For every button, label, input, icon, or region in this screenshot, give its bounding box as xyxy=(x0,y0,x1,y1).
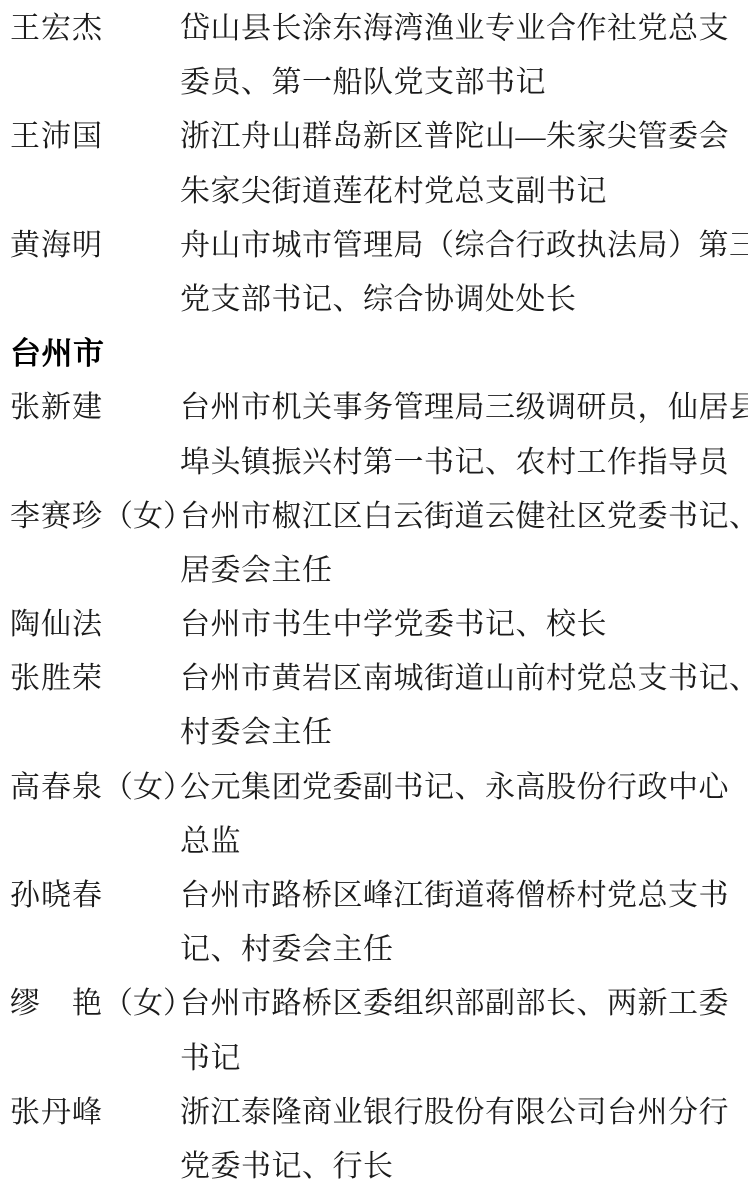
title-line: 台州市路桥区委组织部副部长、两新工委 xyxy=(180,977,740,1031)
person-title: 台州市路桥区峰江街道蒋僧桥村党总支书 记、村委会主任 xyxy=(180,869,740,977)
title-line: 委员、第一船队党支部书记 xyxy=(180,56,740,110)
person-title: 台州市椒江区白云街道云健社区党委书记、 居委会主任 xyxy=(180,490,740,598)
person-title: 台州市黄岩区南城街道山前村党总支书记、 村委会主任 xyxy=(180,652,740,760)
person-name: 王沛国 xyxy=(10,110,180,164)
person-name: 缪 艳（女） xyxy=(10,977,180,1031)
person-title: 岱山县长涂东海湾渔业专业合作社党总支 委员、第一船队党支部书记 xyxy=(180,2,740,110)
person-name-text: 黄海明 xyxy=(10,229,103,262)
title-line: 台州市椒江区白云街道云健社区党委书记、 xyxy=(180,490,740,544)
person-name-text: 张胜荣 xyxy=(10,662,103,695)
title-line: 村委会主任 xyxy=(180,706,740,760)
person-title: 台州市机关事务管理局三级调研员，仙居县 埠头镇振兴村第一书记、农村工作指导员 xyxy=(180,381,740,489)
city-section-header: 台州市 xyxy=(10,327,740,381)
document-page: 王宏杰 岱山县长涂东海湾渔业专业合作社党总支 委员、第一船队党支部书记 王沛国 … xyxy=(0,0,748,1193)
title-line: 居委会主任 xyxy=(180,544,740,598)
title-line: 朱家尖街道莲花村党总支副书记 xyxy=(180,165,740,219)
person-title: 台州市书生中学党委书记、校长 xyxy=(180,598,740,652)
person-name: 王宏杰 xyxy=(10,2,180,56)
list-item: 黄海明 舟山市城市管理局（综合行政执法局）第三 党支部书记、综合协调处处长 xyxy=(10,219,740,327)
title-line: 书记 xyxy=(180,1032,740,1086)
list-item: 张胜荣 台州市黄岩区南城街道山前村党总支书记、 村委会主任 xyxy=(10,652,740,760)
person-name-text: 李赛珍 xyxy=(10,500,103,533)
title-line: 埠头镇振兴村第一书记、农村工作指导员 xyxy=(180,436,740,490)
list-item: 王宏杰 岱山县长涂东海湾渔业专业合作社党总支 委员、第一船队党支部书记 xyxy=(10,2,740,110)
title-line: 台州市黄岩区南城街道山前村党总支书记、 xyxy=(180,652,740,706)
title-line: 台州市路桥区峰江街道蒋僧桥村党总支书 xyxy=(180,869,740,923)
list-item: 高春泉（女） 公元集团党委副书记、永高股份行政中心 总监 xyxy=(10,761,740,869)
title-line: 总监 xyxy=(180,815,740,869)
person-name: 张新建 xyxy=(10,381,180,435)
title-line: 台州市书生中学党委书记、校长 xyxy=(180,598,740,652)
person-title: 台州市路桥区委组织部副部长、两新工委 书记 xyxy=(180,977,740,1085)
person-name-text: 王沛国 xyxy=(10,120,103,153)
person-title: 浙江舟山群岛新区普陀山—朱家尖管委会 朱家尖街道莲花村党总支副书记 xyxy=(180,110,740,218)
title-line: 台州市机关事务管理局三级调研员，仙居县 xyxy=(180,381,740,435)
person-name: 高春泉（女） xyxy=(10,761,180,815)
person-title: 公元集团党委副书记、永高股份行政中心 总监 xyxy=(180,761,740,869)
title-line: 记、村委会主任 xyxy=(180,923,740,977)
list-item: 李赛珍（女） 台州市椒江区白云街道云健社区党委书记、 居委会主任 xyxy=(10,490,740,598)
title-line: 浙江泰隆商业银行股份有限公司台州分行 xyxy=(180,1086,740,1140)
person-name: 黄海明 xyxy=(10,219,180,273)
title-line: 舟山市城市管理局（综合行政执法局）第三 xyxy=(180,219,740,273)
person-name-text: 孙晓春 xyxy=(10,879,103,912)
person-name-text: 张新建 xyxy=(10,391,103,424)
list-item: 张新建 台州市机关事务管理局三级调研员，仙居县 埠头镇振兴村第一书记、农村工作指… xyxy=(10,381,740,489)
person-name-text: 王宏杰 xyxy=(10,12,103,45)
list-item: 张丹峰 浙江泰隆商业银行股份有限公司台州分行 党委书记、行长 xyxy=(10,1086,740,1193)
person-name: 李赛珍（女） xyxy=(10,490,180,544)
person-name-text: 缪 艳 xyxy=(10,987,103,1020)
list-item: 陶仙法 台州市书生中学党委书记、校长 xyxy=(10,598,740,652)
person-title: 浙江泰隆商业银行股份有限公司台州分行 党委书记、行长 xyxy=(180,1086,740,1193)
list-item: 王沛国 浙江舟山群岛新区普陀山—朱家尖管委会 朱家尖街道莲花村党总支副书记 xyxy=(10,110,740,218)
list-item: 缪 艳（女） 台州市路桥区委组织部副部长、两新工委 书记 xyxy=(10,977,740,1085)
person-title: 舟山市城市管理局（综合行政执法局）第三 党支部书记、综合协调处处长 xyxy=(180,219,740,327)
person-name: 张丹峰 xyxy=(10,1086,180,1140)
person-name-text: 高春泉 xyxy=(10,771,103,804)
person-name: 张胜荣 xyxy=(10,652,180,706)
title-line: 党委书记、行长 xyxy=(180,1140,740,1193)
person-name: 陶仙法 xyxy=(10,598,180,652)
list-item: 孙晓春 台州市路桥区峰江街道蒋僧桥村党总支书 记、村委会主任 xyxy=(10,869,740,977)
title-line: 党支部书记、综合协调处处长 xyxy=(180,273,740,327)
person-name-text: 张丹峰 xyxy=(10,1096,103,1129)
title-line: 浙江舟山群岛新区普陀山—朱家尖管委会 xyxy=(180,110,740,164)
person-name-text: 陶仙法 xyxy=(10,608,103,641)
title-line: 岱山县长涂东海湾渔业专业合作社党总支 xyxy=(180,2,740,56)
title-line: 公元集团党委副书记、永高股份行政中心 xyxy=(180,761,740,815)
person-name: 孙晓春 xyxy=(10,869,180,923)
